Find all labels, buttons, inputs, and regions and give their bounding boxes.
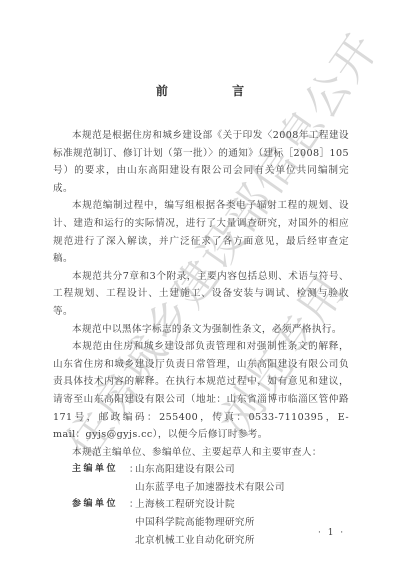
participating-unit-row: 参编单位 ： 上海核工程研究设计院 <box>53 496 349 514</box>
preface-body: 本规范是根据住房和城乡建设部《关于印发〈2008年工程建设标准规范制订、修订计划… <box>53 127 349 549</box>
participating-unit-row: 北京机械工业自动化研究所 <box>53 532 349 550</box>
participating-unit-label: 参编单位 <box>72 496 129 514</box>
paragraph-management: 本规范由住房和城乡建设部负责管理和对强制性条文的解释，山东省住房和城乡建设厅负责… <box>53 338 349 444</box>
chief-unit-name: 山东高阳建设有限公司 <box>135 461 235 479</box>
page-number: · 1 · <box>318 528 345 538</box>
chief-unit-name: 山东蓝孚电子加速器技术有限公司 <box>135 479 285 497</box>
chief-unit-row: 主编单位 ： 山东高阳建设有限公司 <box>53 461 349 479</box>
paragraph-units-intro: 本规范主编单位、参编单位、主要起草人和主要审查人： <box>53 444 349 462</box>
paragraph-process: 本规范编制过程中，编写组根据各类电子辐射工程的规划、设计、建造和运行的实际情况，… <box>53 197 349 267</box>
paragraph-contents: 本规范共分7章和3个附录，主要内容包括总则、术语与符号、工程规划、工程设计、土建… <box>53 268 349 321</box>
participating-unit-name: 中国科学院高能物理研究所 <box>135 514 255 532</box>
chief-unit-row: 山东蓝孚电子加速器技术有限公司 <box>53 479 349 497</box>
participating-unit-name: 北京机械工业自动化研究所 <box>135 532 255 550</box>
paragraph-mandatory: 本规范中以黑体字标志的条文为强制性条文，必须严格执行。 <box>53 321 349 339</box>
participating-unit-name: 上海核工程研究设计院 <box>135 496 235 514</box>
page-title: 前 言 <box>0 82 400 99</box>
chief-unit-label: 主编单位 <box>72 461 129 479</box>
participating-unit-row: 中国科学院高能物理研究所 <box>53 514 349 532</box>
paragraph-origin: 本规范是根据住房和城乡建设部《关于印发〈2008年工程建设标准规范制订、修订计划… <box>53 127 349 197</box>
document-page: 前 言 本规范是根据住房和城乡建设部《关于印发〈2008年工程建设标准规范制订、… <box>0 0 400 572</box>
